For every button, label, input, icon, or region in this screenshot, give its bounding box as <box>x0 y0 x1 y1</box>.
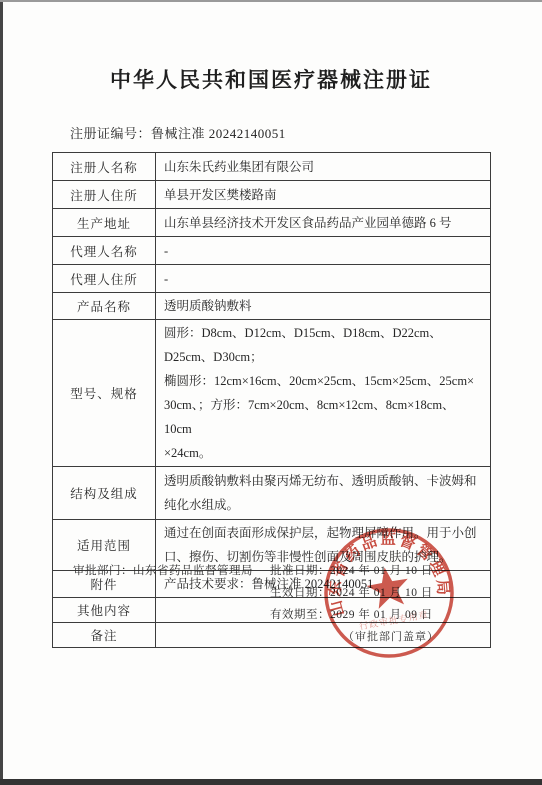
scan-edge-top <box>0 0 542 2</box>
table-row-registrant-address: 注册人住所 单县开发区樊楼路南 <box>53 181 491 209</box>
row-label: 注册人住所 <box>53 181 156 209</box>
row-value: - <box>156 265 491 293</box>
row-value: 单县开发区樊楼路南 <box>156 181 491 209</box>
certificate-page: 中华人民共和国医疗器械注册证 注册证编号：鲁械注准 20242140051 注册… <box>0 0 542 785</box>
table-row-product-name: 产品名称 透明质酸钠敷料 <box>53 293 491 320</box>
row-label: 代理人名称 <box>53 237 156 265</box>
effective-date-value: 2024 年 01 月 10 日 <box>330 587 433 599</box>
table-row-agent-name: 代理人名称 - <box>53 237 491 265</box>
table-row-production-address: 生产地址 山东单县经济技术开发区食品药品产业园单德路 6 号 <box>53 209 491 237</box>
row-value: 透明质酸钠敷料由聚丙烯无纺布、透明质酸钠、卡波姆和 纯化水组成。 <box>156 467 491 520</box>
effective-date-label: 生效日期： <box>270 587 330 599</box>
row-label: 备注 <box>53 623 156 648</box>
registration-number-value: 鲁械注准 20242140051 <box>151 126 286 141</box>
row-value: 山东单县经济技术开发区食品药品产业园单德路 6 号 <box>156 209 491 237</box>
row-label: 产品名称 <box>53 293 156 320</box>
table-row-agent-address: 代理人住所 - <box>53 265 491 293</box>
row-label: 其他内容 <box>53 598 156 623</box>
approval-date-value: 2024 年 01 月 10 日 <box>330 565 433 577</box>
approval-date-line: 批准日期：2024 年 01 月 10 日 <box>270 562 433 578</box>
approval-department-line: 审批部门：山东省药品监督管理局 <box>73 562 253 578</box>
row-value: - <box>156 237 491 265</box>
scan-edge-bottom <box>0 779 542 785</box>
row-label: 代理人住所 <box>53 265 156 293</box>
table-row-model-spec: 型号、规格 圆形：D8cm、D12cm、D15cm、D18cm、D22cm、D2… <box>53 320 491 467</box>
row-label: 结构及组成 <box>53 467 156 520</box>
row-label: 注册人名称 <box>53 153 156 181</box>
effective-date-line: 生效日期：2024 年 01 月 10 日 <box>270 584 433 600</box>
table-row-structure-composition: 结构及组成 透明质酸钠敷料由聚丙烯无纺布、透明质酸钠、卡波姆和 纯化水组成。 <box>53 467 491 520</box>
row-value: 山东朱氏药业集团有限公司 <box>156 153 491 181</box>
approval-date-label: 批准日期： <box>270 565 330 577</box>
row-label: 生产地址 <box>53 209 156 237</box>
registration-number-label: 注册证编号： <box>70 126 151 141</box>
scan-edge-left <box>0 0 3 785</box>
expiry-date-value: 2029 年 01 月 09 日 <box>330 609 433 621</box>
approval-department-value: 山东省药品监督管理局 <box>133 565 253 577</box>
expiry-date-label: 有效期至： <box>270 609 330 621</box>
row-value: 圆形：D8cm、D12cm、D15cm、D18cm、D22cm、D25cm、D3… <box>156 320 491 467</box>
certificate-title: 中华人民共和国医疗器械注册证 <box>0 64 542 94</box>
seal-note: （审批部门盖章） <box>316 628 466 644</box>
approval-department-label: 审批部门： <box>73 565 133 577</box>
expiry-date-line: 有效期至：2029 年 01 月 09 日 <box>270 606 433 622</box>
row-label: 型号、规格 <box>53 320 156 467</box>
table-row-registrant-name: 注册人名称 山东朱氏药业集团有限公司 <box>53 153 491 181</box>
row-value: 透明质酸钠敷料 <box>156 293 491 320</box>
registration-number-line: 注册证编号：鲁械注准 20242140051 <box>70 123 286 142</box>
